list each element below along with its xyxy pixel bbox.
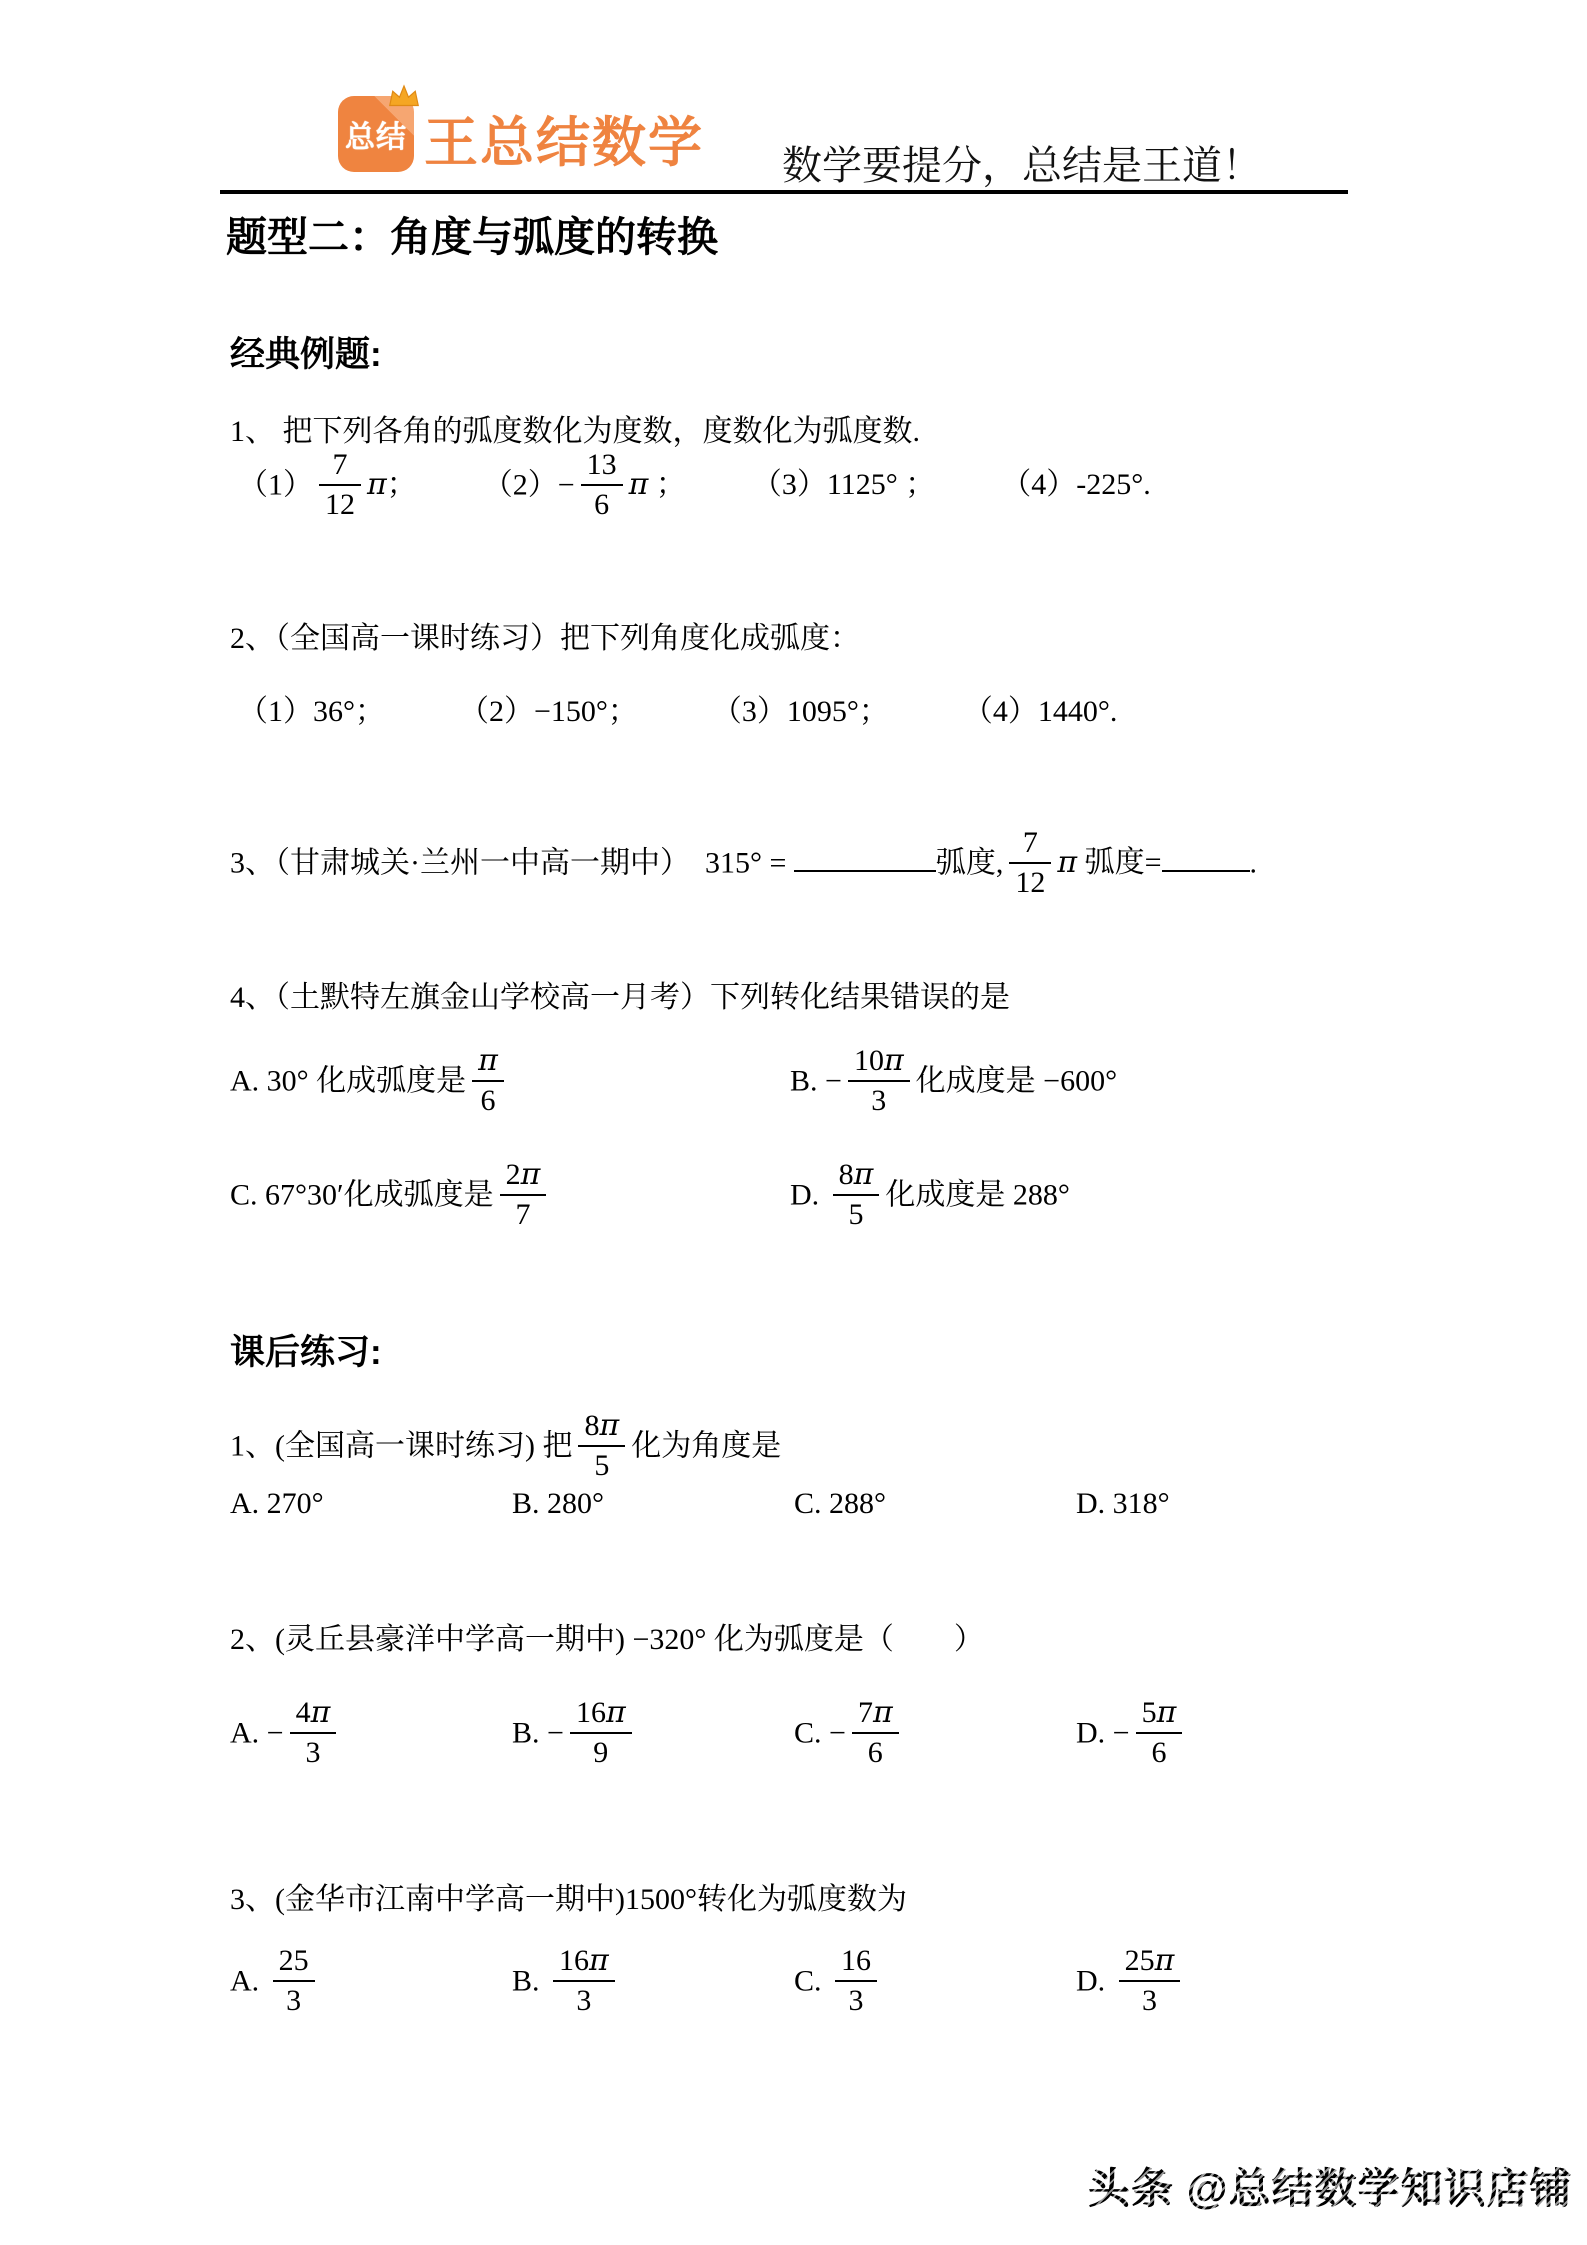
example-4-stem: 4、（土默特左旗金山学校高一月考）下列转化结果错误的是 — [230, 972, 1010, 1016]
practice-2-option-b: B. −16π9 — [512, 1700, 794, 1771]
example-1-option-2: （2）−136π ； — [483, 452, 686, 523]
practice-3-options: A. 253 B. 16π3 C. 163 D. 25π3 — [230, 1948, 1358, 2019]
practice-2-option-c: C. −7π6 — [794, 1700, 1076, 1771]
example-2-option-1: （1）36°； — [238, 686, 385, 730]
slogan-text: 数学要提分，总结是王道！ — [782, 134, 1262, 191]
practice-heading: 课后练习: — [230, 1325, 382, 1375]
header-rule — [220, 190, 1348, 194]
practice-1-option-b: B. 280° — [512, 1487, 794, 1521]
practice-1-option-d: D. 318° — [1076, 1487, 1358, 1521]
example-4-option-a: A. 30° 化成弧度是π6 — [230, 1048, 790, 1119]
example-2-option-4: （4）1440°. — [963, 686, 1118, 730]
brand-name: 王总结数学 — [424, 100, 704, 177]
page-title: 题型二：角度与弧度的转换 — [226, 204, 718, 263]
practice-2-stem: 2、(灵丘县豪洋中学高一期中) −320° 化为弧度是（ ） — [230, 1614, 984, 1658]
practice-1-options: A. 270° B. 280° C. 288° D. 318° — [230, 1487, 1358, 1521]
example-1-option-4: （4）-225°. — [1001, 459, 1151, 503]
practice-3-stem: 3、(金华市江南中学高一期中)1500°转化为弧度数为 — [230, 1874, 907, 1918]
example-2-option-3: （3）1095°； — [712, 686, 889, 730]
practice-3-option-b: B. 16π3 — [512, 1948, 794, 2019]
example-4-option-d: D. 8π5化成度是 288° — [790, 1162, 1350, 1233]
examples-heading: 经典例题: — [230, 327, 382, 377]
example-1-option-3: （3）1125° ； — [752, 459, 935, 503]
practice-1-option-a: A. 270° — [230, 1487, 512, 1521]
example-4-option-c: C. 67°30′化成弧度是2π7 — [230, 1162, 790, 1233]
logo-badge-text: 总结 — [345, 112, 407, 156]
example-2-option-2: （2）−150°； — [459, 686, 638, 730]
example-1-options: （1）712π； （2）−136π ； （3）1125° ； （4）-225°. — [238, 452, 1151, 523]
practice-3-option-d: D. 25π3 — [1076, 1948, 1358, 2019]
example-4-options-row-1: A. 30° 化成弧度是π6 B. −10π3化成度是 −600° — [230, 1048, 1350, 1119]
practice-2-options: A. −4π3 B. −16π9 C. −7π6 D. −5π6 — [230, 1700, 1358, 1771]
practice-1-stem: 1、(全国高一课时练习) 把8π5化为角度是 — [230, 1413, 781, 1484]
practice-1-option-c: C. 288° — [794, 1487, 1076, 1521]
example-1-stem: 1、 把下列各角的弧度数化为度数，度数化为弧度数. — [230, 406, 920, 450]
example-3-stem: 3、（甘肃城关·兰州一中高一期中） 315° = 弧度,712π 弧度=. — [230, 830, 1257, 901]
logo-badge: 总结 — [338, 96, 414, 172]
example-2-stem: 2、（全国高一课时练习）把下列角度化成弧度： — [230, 613, 860, 657]
practice-2-option-d: D. −5π6 — [1076, 1700, 1358, 1771]
crown-icon — [386, 82, 422, 108]
example-2-options: （1）36°； （2）−150°； （3）1095°； （4）1440°. — [238, 686, 1117, 730]
example-4-options-row-2: C. 67°30′化成弧度是2π7 D. 8π5化成度是 288° — [230, 1162, 1350, 1233]
practice-3-option-a: A. 253 — [230, 1948, 512, 2019]
example-4-option-b: B. −10π3化成度是 −600° — [790, 1048, 1350, 1119]
worksheet-page: 总结 王总结数学 数学要提分，总结是王道！ 题型二：角度与弧度的转换 经典例题:… — [0, 0, 1587, 2245]
practice-3-option-c: C. 163 — [794, 1948, 1076, 2019]
footer-watermark: 头条 @总结数学知识店铺 — [1088, 2156, 1573, 2216]
example-1-option-1: （1）712π； — [238, 452, 417, 523]
practice-2-option-a: A. −4π3 — [230, 1700, 512, 1771]
